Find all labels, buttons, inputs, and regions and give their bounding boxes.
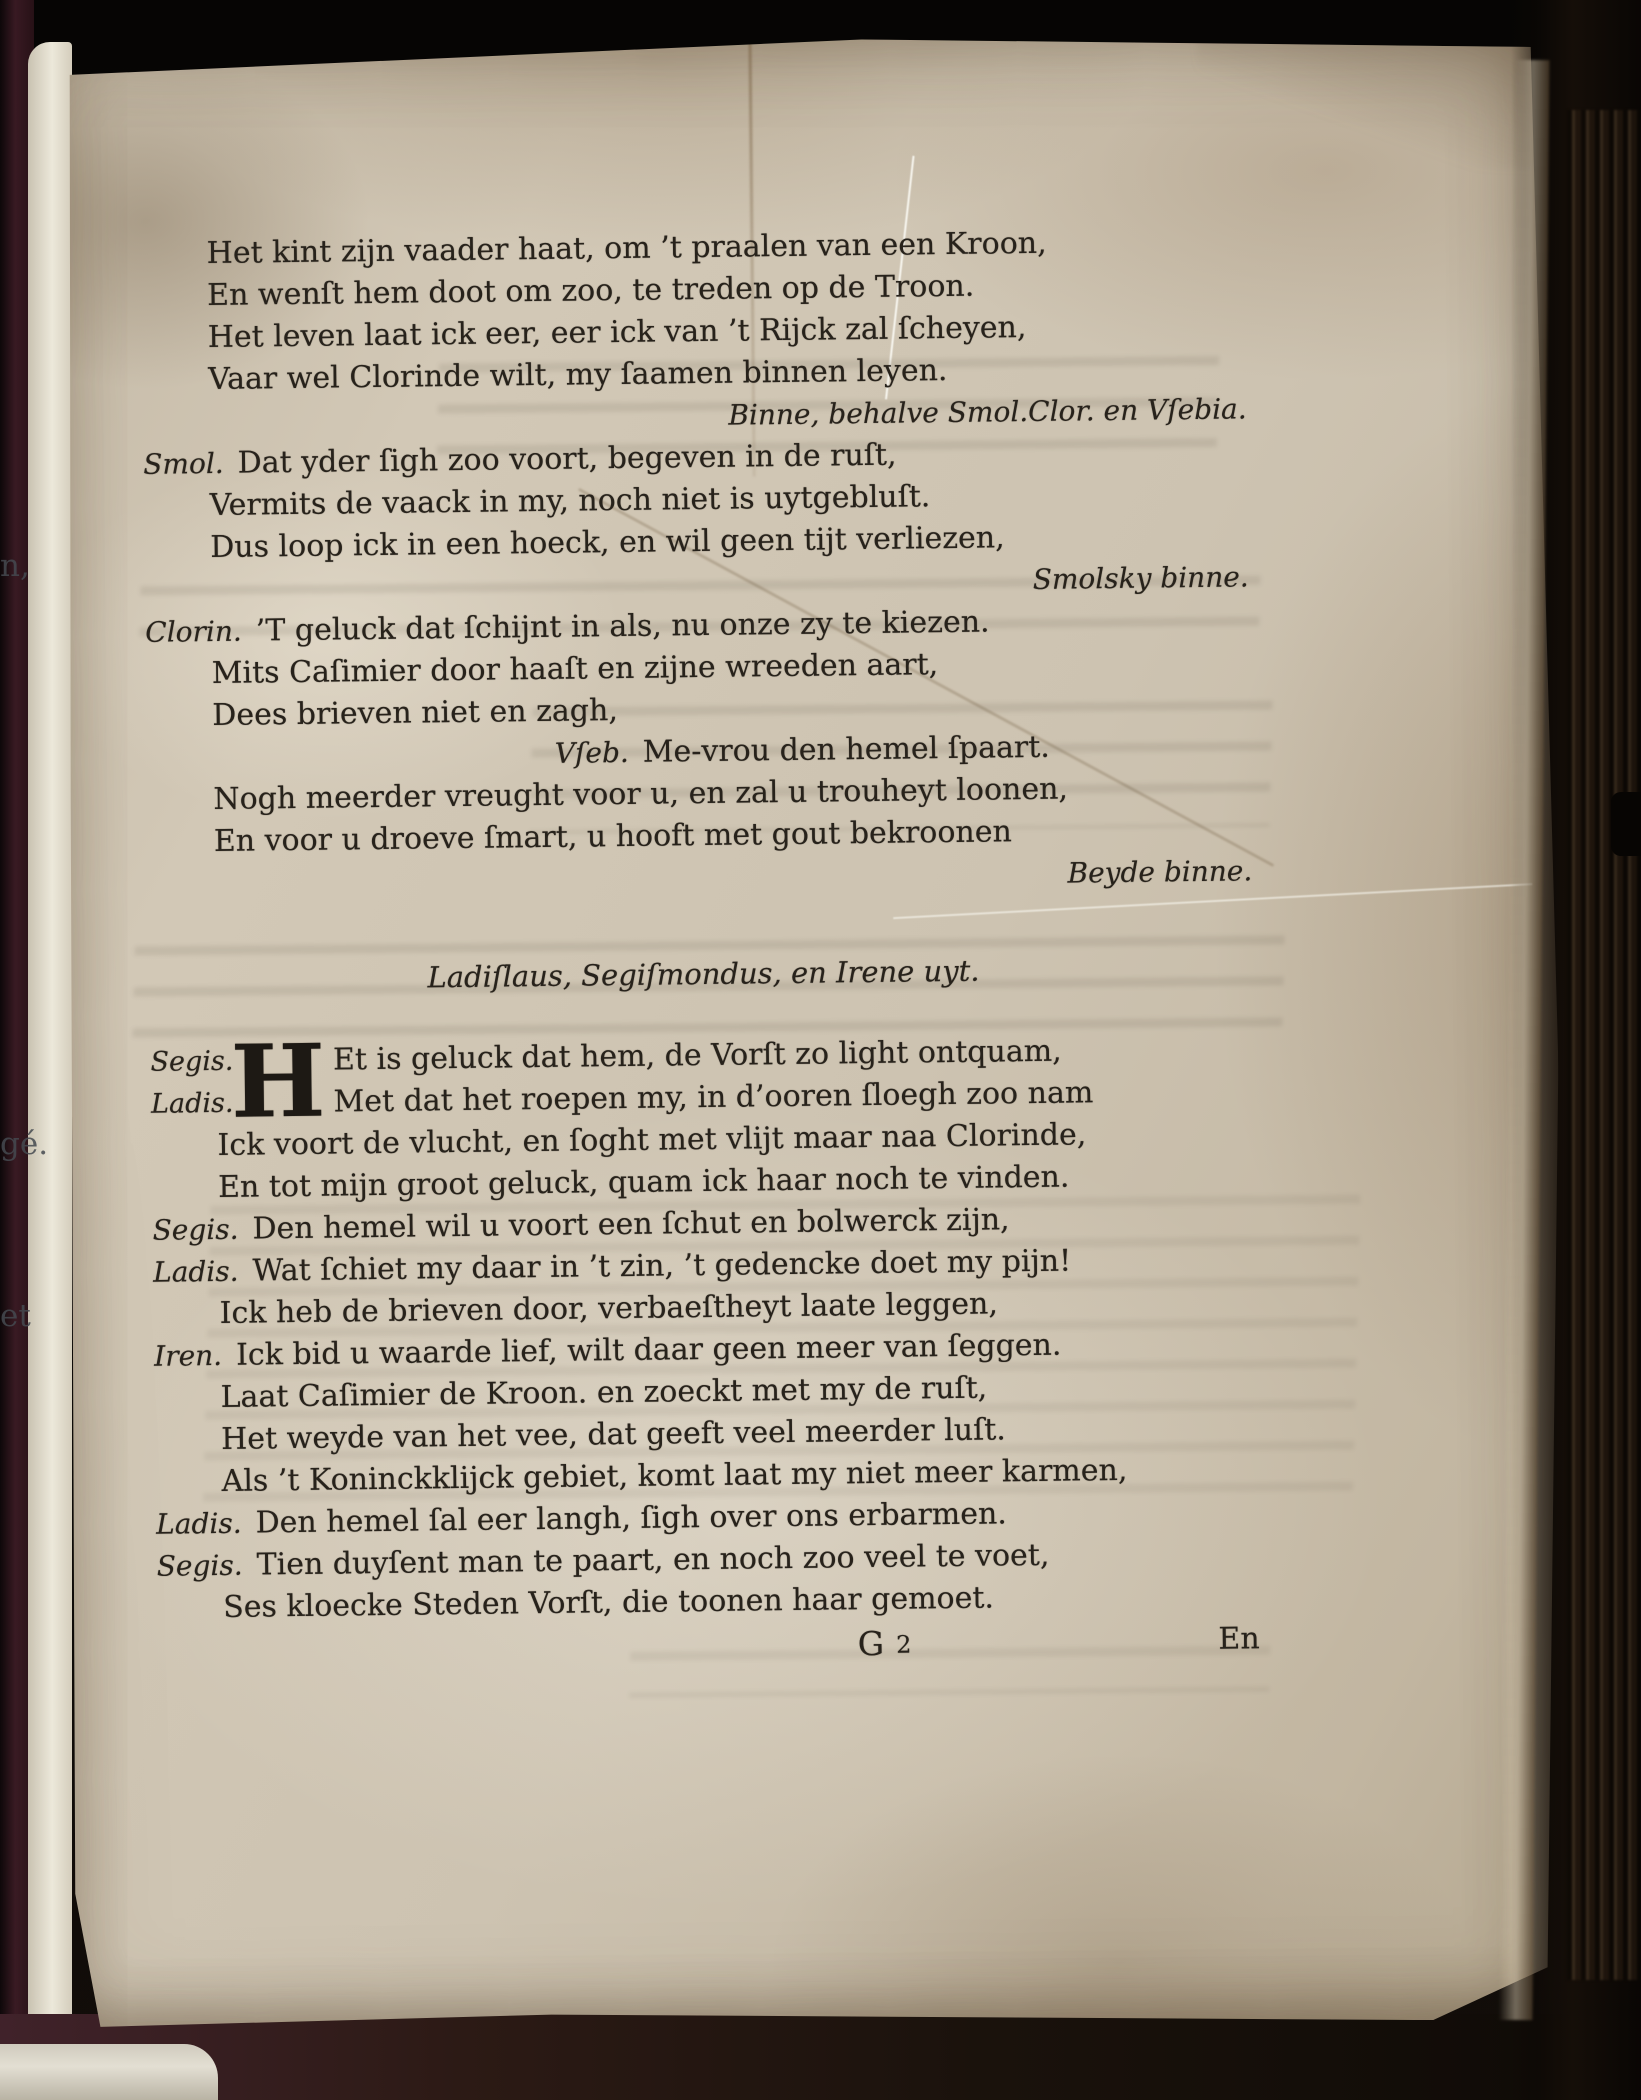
speaker-label: Iren.	[154, 1339, 222, 1373]
line-text: Nogh meerder vreught voor u, en zal u tr…	[213, 772, 1068, 817]
margin-fragment: et	[0, 1298, 31, 1334]
line-text: Den hemel ſal eer langh, ſigh over ons e…	[255, 1496, 1007, 1540]
line-text: Laat Caſimier de Kroon. en zoeckt met my…	[220, 1371, 987, 1415]
catchword: En	[1218, 1618, 1260, 1661]
edge-notch	[1611, 792, 1641, 856]
speaker-label: Segis.	[152, 1213, 238, 1247]
line-text: Als ’t Koninckklijck gebiet, komt laat m…	[221, 1453, 1127, 1499]
speaker-label: Smol.	[143, 447, 224, 481]
line-text: Het leven laat ick eer, eer ick van ’t R…	[207, 310, 1026, 355]
line-text: Wat ſchiet my daar in ’t zin, ’t gedenck…	[252, 1244, 1071, 1289]
line-text: En wenſt hem doot om zoo, te treden op d…	[207, 269, 975, 313]
line-text: En tot mijn groot geluck, quam ick haar …	[218, 1160, 1070, 1205]
line-text: Dees brieven niet en zagh,	[212, 693, 618, 733]
line-text: Dus loop ick in een hoeck, en wil geen t…	[210, 520, 1005, 565]
under-page-edge	[28, 42, 72, 2068]
line-text: Ick voort de vlucht, en ſoght met vlijt …	[217, 1117, 1086, 1163]
speaker-label: Segis.	[157, 1549, 243, 1583]
speaker-label: Ladis.	[156, 1507, 242, 1541]
dropcap-group: Segis.Ladis.HEt is geluck dat hem, de Vo…	[150, 1028, 1259, 1126]
signature-mark: G2	[857, 1623, 911, 1667]
line-text: Het weyde van het vee, dat geeft veel me…	[221, 1412, 1006, 1457]
line-text: Mits Caſimier door haaſt en zijne wreede…	[212, 647, 939, 691]
signature-number: 2	[896, 1631, 912, 1659]
line-text: Dat yder ſigh zoo voort, begeven in de r…	[237, 438, 896, 481]
line-text: Smolsky binne.	[1032, 560, 1248, 596]
line-text: Tien duyſent man te paart, en noch zoo v…	[256, 1538, 1049, 1583]
line-text: Me-vrou den hemel ſpaart.	[643, 730, 1050, 770]
line-text: Vermits de vaack in my, noch niet is uyt…	[210, 479, 931, 523]
dropcap-lines: Et is geluck dat hem, de Vorſt zo light …	[333, 1030, 1094, 1123]
line-text: Het kint zijn vaader haat, om ’t praalen…	[206, 226, 1046, 271]
scene-heading: Ladiſlaus, Segiſmondus, en Irene uyt.	[149, 946, 1257, 1002]
page-edge-streaks	[1567, 110, 1641, 1980]
speaker-label: Clorin.	[145, 615, 242, 649]
speaker-column: Segis.Ladis.	[150, 1041, 231, 1126]
line-text: Ladiſlaus, Segiſmondus, en Irene uyt.	[427, 954, 979, 995]
margin-fragment: n,	[0, 548, 30, 584]
under-page-corner	[0, 2044, 218, 2100]
line-text: Ick heb de brieven door, verbaeſtheyt la…	[219, 1286, 998, 1331]
line-text: ’T geluck dat ſchijnt in als, nu onze zy…	[256, 605, 990, 649]
line-text: Ses kloecke Steden Vorſt, die toonen haa…	[223, 1581, 994, 1625]
line-text: Den hemel wil u voort een ſchut en bolwe…	[252, 1202, 1010, 1246]
speaker-label: Segis.	[150, 1041, 231, 1084]
drop-cap: H	[230, 1040, 325, 1123]
book-photo: n,gé.et Het kint zijn vaader haat, om ’t…	[0, 0, 1641, 2100]
speaker-label: Vſeb.	[555, 736, 629, 770]
line-text: Beyde binne.	[1067, 854, 1252, 889]
line-text: Binne, behalve Smol.Clor. en Vſebia.	[728, 392, 1247, 431]
margin-fragment: gé.	[0, 1126, 48, 1162]
book-cover-bottom	[0, 2014, 1641, 2100]
line-text: En voor u droeve ſmart, u hooft met gout…	[214, 814, 1012, 859]
speaker-label: Ladis.	[153, 1255, 239, 1289]
book-page: Het kint zijn vaader haat, om ’t praalen…	[54, 29, 1567, 2033]
line-text: Vaar wel Clorinde wilt, my ſaamen binnen…	[208, 353, 948, 397]
speaker-label: Ladis.	[151, 1083, 232, 1126]
corner-fold-shadow	[1196, 19, 1557, 172]
page-text: Het kint zijn vaader haat, om ’t praalen…	[140, 220, 1266, 1679]
line-text: Ick bid u waarde lief, wilt daar geen me…	[236, 1328, 1062, 1373]
